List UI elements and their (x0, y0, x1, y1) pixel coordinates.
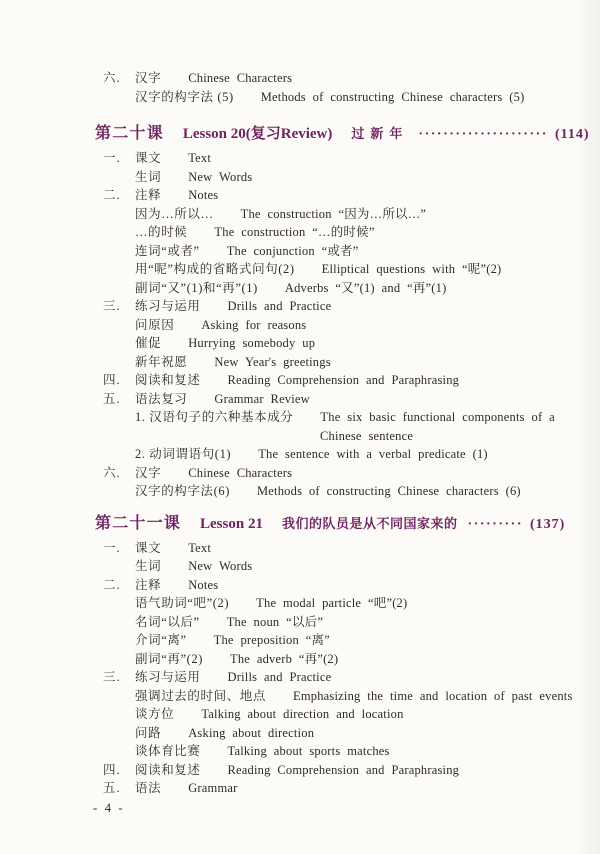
toc-line: 问路Asking about direction (0, 724, 600, 743)
item-number: 六. (103, 69, 135, 88)
toc-line: 一.课文Text (0, 539, 600, 558)
toc-line: 介词“离”The preposition “离” (0, 631, 600, 650)
toc-line: 汉字的构字法 (5)Methods of constructing Chines… (0, 88, 600, 107)
toc-line: 五.语法复习Grammar Review (0, 390, 600, 409)
term-en: The adverb “再”(2) (230, 652, 338, 666)
toc-line: …的时候The construction “…的时候” (0, 223, 600, 242)
term-en: New Year's greetings (214, 355, 330, 369)
term-zh: 课文 (135, 151, 161, 165)
term-en: The preposition “离” (214, 633, 330, 647)
term-zh: 2. 动词谓语句(1) (135, 447, 231, 461)
term-en: Emphasizing the time and location of pas… (293, 689, 573, 703)
term-en: Talking about sports matches (228, 744, 390, 758)
term-en: Asking for reasons (201, 318, 306, 332)
page-number: - 4 - (93, 800, 125, 815)
toc-line: 名词“以后”The noun “以后” (0, 613, 600, 632)
term-en: Drills and Practice (228, 299, 332, 313)
term-zh: …的时候 (135, 225, 187, 239)
toc-content: 六.汉字Chinese Characters 汉字的构字法 (5)Methods… (0, 0, 600, 817)
term-en: Text (188, 541, 211, 555)
term-zh: 谈体育比赛 (135, 744, 201, 758)
term-en: The six basic functional components of a (320, 410, 555, 424)
term-zh: 注释 (135, 188, 161, 202)
toc-line: 二.注释Notes (0, 576, 600, 595)
toc-line: 因为…所以…The construction “因为…所以…” (0, 205, 600, 224)
term-en: Reading Comprehension and Paraphrasing (228, 763, 460, 777)
lesson-label: Lesson 21 (200, 516, 263, 532)
term-zh: 新年祝愿 (135, 355, 187, 369)
term-en: Adverbs “又”(1) and “再”(1) (285, 281, 447, 295)
term-en: New Words (188, 559, 252, 573)
lesson-page-number: (114) (555, 127, 590, 142)
toc-line: 四.阅读和复述Reading Comprehension and Paraphr… (0, 761, 600, 780)
term-zh: 汉字的构字法(6) (135, 484, 230, 498)
term-en: Reading Comprehension and Paraphrasing (228, 373, 460, 387)
term-en: Chinese sentence (320, 429, 413, 443)
term-zh: 1. 汉语句子的六种基本成分 (135, 410, 293, 424)
toc-line: 三.练习与运用Drills and Practice (0, 297, 600, 316)
dot-leader: ········· (467, 517, 523, 532)
term-zh: 阅读和复述 (135, 763, 201, 777)
toc-line: 2. 动词谓语句(1)The sentence with a verbal pr… (0, 445, 600, 464)
lesson-label: Lesson 20(复习Review) (183, 126, 333, 142)
lesson-page-number: (137) (530, 517, 565, 532)
item-number: 五. (103, 390, 135, 409)
term-zh: 介词“离” (135, 633, 187, 647)
term-zh: 生词 (135, 559, 161, 573)
term-en: Hurrying somebody up (188, 336, 315, 350)
book-page: 六.汉字Chinese Characters 汉字的构字法 (5)Methods… (0, 0, 600, 854)
term-en: Grammar Review (214, 392, 310, 406)
lesson-heading: 第二十一课Lesson 21我们的队员是从不同国家来的·········(137… (0, 513, 600, 536)
term-en: Notes (188, 188, 218, 202)
term-zh: 强调过去的时间、地点 (135, 689, 266, 703)
term-zh: 因为…所以… (135, 207, 214, 221)
toc-line: 汉字的构字法(6)Methods of constructing Chinese… (0, 482, 600, 501)
toc-line: 一.课文Text (0, 149, 600, 168)
lesson-number-zh: 第二十课 (95, 125, 164, 142)
toc-line: 生词New Words (0, 557, 600, 576)
item-number: 四. (103, 371, 135, 390)
lesson-title-zh: 我们的队员是从不同国家来的 (282, 516, 458, 531)
item-number: 三. (103, 668, 135, 687)
term-en: Methods of constructing Chinese characte… (257, 484, 521, 498)
toc-line: 问原因Asking for reasons (0, 316, 600, 335)
term-en: Drills and Practice (228, 670, 332, 684)
term-en: Chinese Characters (188, 71, 292, 85)
term-zh: 语气助词“吧”(2) (135, 596, 229, 610)
item-number: 一. (103, 539, 135, 558)
term-zh: 生词 (135, 170, 161, 184)
toc-line: 四.阅读和复述Reading Comprehension and Paraphr… (0, 371, 600, 390)
term-zh: 注释 (135, 578, 161, 592)
term-en: The noun “以后” (227, 615, 323, 629)
term-zh: 汉字的构字法 (5) (135, 90, 234, 104)
term-zh: 副词“再”(2) (135, 652, 203, 666)
item-number: 二. (103, 186, 135, 205)
term-en: Methods of constructing Chinese characte… (261, 90, 525, 104)
toc-line: 六.汉字Chinese Characters (0, 69, 600, 88)
term-en: Asking about direction (188, 726, 314, 740)
term-en: New Words (188, 170, 252, 184)
toc-line: 语气助词“吧”(2)The modal particle “吧”(2) (0, 594, 600, 613)
toc-line: 副词“又”(1)和“再”(1)Adverbs “又”(1) and “再”(1) (0, 279, 600, 298)
toc-line-continuation: Chinese sentence (0, 427, 600, 446)
term-en: The modal particle “吧”(2) (256, 596, 407, 610)
toc-line: 谈体育比赛Talking about sports matches (0, 742, 600, 761)
item-number: 六. (103, 464, 135, 483)
toc-line: 生词New Words (0, 168, 600, 187)
item-number: 二. (103, 576, 135, 595)
toc-line: 强调过去的时间、地点Emphasizing the time and locat… (0, 687, 600, 706)
term-zh: 副词“又”(1)和“再”(1) (135, 281, 258, 295)
toc-line: 三.练习与运用Drills and Practice (0, 668, 600, 687)
term-zh: 汉字 (135, 466, 161, 480)
term-en: Text (188, 151, 211, 165)
term-zh: 汉字 (135, 71, 161, 85)
toc-line: 用“呢”构成的省略式问句(2)Elliptical questions with… (0, 260, 600, 279)
toc-line: 1. 汉语句子的六种基本成分The six basic functional c… (0, 408, 600, 427)
toc-line: 五.语法Grammar (0, 779, 600, 798)
dot-leader: ····················· (418, 127, 548, 142)
toc-line: 催促Hurrying somebody up (0, 334, 600, 353)
toc-line: 谈方位Talking about direction and location (0, 705, 600, 724)
item-number: 一. (103, 149, 135, 168)
term-zh: 练习与运用 (135, 670, 201, 684)
item-number: 四. (103, 761, 135, 780)
term-zh: 语法复习 (135, 392, 187, 406)
term-en: The conjunction “或者” (227, 244, 359, 258)
term-en: Talking about direction and location (201, 707, 403, 721)
term-en: The construction “因为…所以…” (241, 207, 427, 221)
term-zh: 问路 (135, 726, 161, 740)
item-number: 五. (103, 779, 135, 798)
term-zh: 用“呢”构成的省略式问句(2) (135, 262, 295, 276)
term-zh: 练习与运用 (135, 299, 201, 313)
term-en: The construction “…的时候” (214, 225, 374, 239)
term-en: The sentence with a verbal predicate (1) (258, 447, 488, 461)
term-zh: 连词“或者” (135, 244, 200, 258)
term-zh: 问原因 (135, 318, 174, 332)
term-zh: 语法 (135, 781, 161, 795)
term-en: Chinese Characters (188, 466, 292, 480)
lesson-title-zh: 过新年 (351, 126, 408, 141)
term-en: Notes (188, 578, 218, 592)
toc-line: 六.汉字Chinese Characters (0, 464, 600, 483)
toc-line: 连词“或者”The conjunction “或者” (0, 242, 600, 261)
toc-line: 新年祝愿New Year's greetings (0, 353, 600, 372)
term-en: Elliptical questions with “呢”(2) (322, 262, 502, 276)
item-number: 三. (103, 297, 135, 316)
term-en: Grammar (188, 781, 237, 795)
toc-line: 副词“再”(2)The adverb “再”(2) (0, 650, 600, 669)
term-zh: 催促 (135, 336, 161, 350)
term-zh: 课文 (135, 541, 161, 555)
lesson-number-zh: 第二十一课 (95, 515, 181, 532)
term-zh: 谈方位 (135, 707, 174, 721)
toc-line: 二.注释Notes (0, 186, 600, 205)
lesson-heading: 第二十课Lesson 20(复习Review)过新年··············… (0, 123, 600, 146)
term-zh: 阅读和复述 (135, 373, 201, 387)
term-zh: 名词“以后” (135, 615, 200, 629)
page-footer: - 4 - (0, 799, 600, 817)
